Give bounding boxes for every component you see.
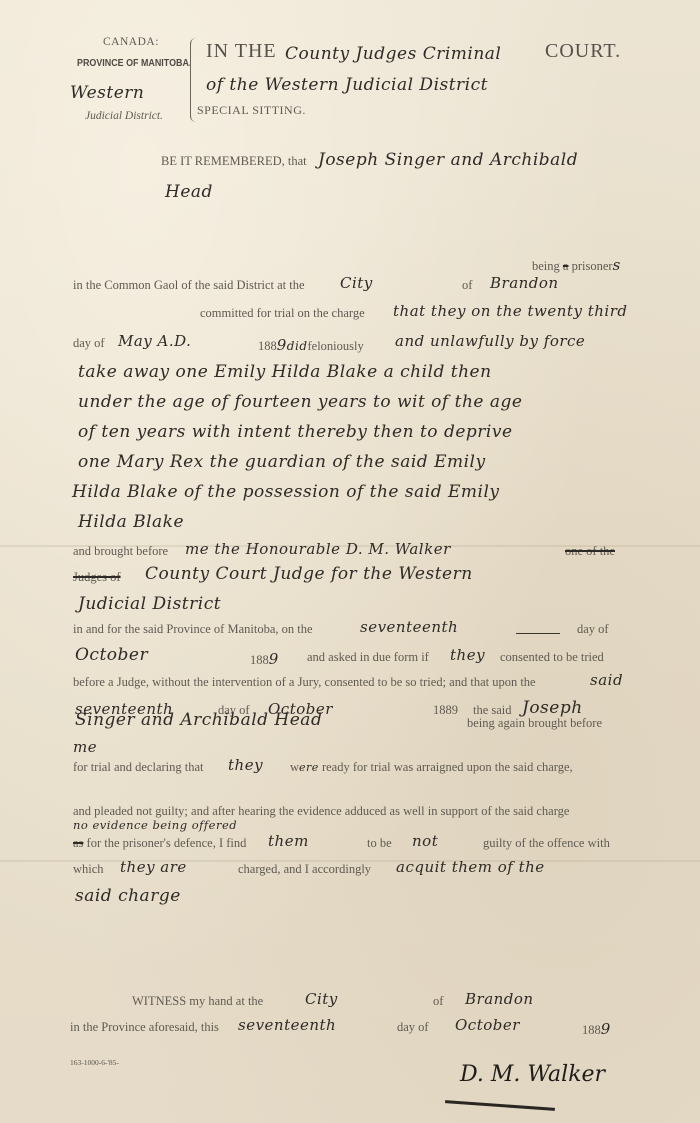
which-label: which [73,862,104,877]
find-pronoun: them [268,832,309,850]
witness-place-type: City [305,990,338,1008]
charge-line-5: of ten years with intent thereby then to… [78,422,513,442]
prisoners-names-cont: Head [165,182,213,202]
did-handwritten: did [287,339,308,353]
witness-of-label: of [433,994,443,1009]
consented-label: consented to be tried [500,650,604,665]
again-names-2: Singer and Archibald Head [75,710,322,730]
charge-line-7: Hilda Blake of the possession of the sai… [72,482,500,502]
witness-dayof-label: day of [397,1020,429,1035]
court-prefix: IN THE [206,40,277,63]
witness-year: 1889 [582,1020,611,1038]
dayof-label-2: day of [577,622,609,637]
year-prefix: 188 [582,1023,601,1037]
witness-label: WITNESS my hand at the [132,994,263,1009]
charge-line-2: and unlawfully by force [395,332,585,350]
charge-line-6: one Mary Rex the guardian of the said Em… [78,452,486,472]
form-number: 163-1000-6-'85- [70,1058,119,1067]
witness-month: October [455,1016,520,1034]
charge-line-3: take away one Emily Hilda Blake a child … [78,362,492,382]
was-prefix: w [290,760,299,774]
jury-label: before a Judge, without the intervention… [73,675,536,690]
defence-label: for the prisoner's defence, I find [87,836,247,850]
being-label: being [532,259,560,273]
insert-text: no evidence being offered [73,818,237,832]
year-digit: 9 [277,336,287,354]
charge-line-4: under the age of fourteen years to wit o… [78,392,522,412]
year-digit: 9 [601,1020,611,1038]
pleaded-label: and pleaded not guilty; and after hearin… [73,804,569,819]
struck-judges-of: Judges of [73,570,121,585]
header-country: CANADA: [103,36,159,48]
gaol-label: in the Common Gaol of the said District … [73,278,305,293]
declaring-pronoun: they [228,756,263,774]
guilty-label: guilty of the offence with [483,836,610,851]
gaol-city: Brandon [490,274,559,292]
committed-label: committed for trial on the charge [200,306,365,321]
header-brace [190,38,197,122]
date-year: 1889 [250,650,279,668]
upon-year: 1889 [433,703,458,718]
again-names-1: Joseph [522,698,583,718]
acquit-line-1: acquit them of the [396,858,545,876]
charge-line-1: that they on the twenty third [393,302,627,320]
header-district-handwritten: Western [70,83,144,103]
dash-mark [516,624,560,642]
asked-pronoun: they [450,646,485,664]
declaring-rest-line: were ready for trial was arraigned upon … [290,760,573,775]
header-province: PROVINCE OF MANITOBA. [77,57,191,69]
witness-day: seventeenth [238,1016,336,1034]
plural-suffix: s [613,256,621,274]
struck-article: a [563,259,569,273]
judge-name: me the Honourable D. M. Walker [185,540,451,558]
court-type-handwritten: County Judges Criminal [285,44,501,64]
special-sitting: SPECIAL SITTING. [197,103,306,118]
dayof-label: day of [73,336,105,351]
being-line: being a prisoners [532,256,621,274]
verdict: not [412,832,438,850]
again-label: being again brought before [467,716,602,731]
judge-title-line-1: County Court Judge for the Western [145,564,473,584]
which-pronoun: they are [120,858,187,876]
declaring-label: for trial and declaring that [73,760,204,775]
asked-label: and asked in due form if [307,650,429,665]
jury-said: said [590,671,623,689]
judge-title-line-2: Judicial District [78,594,221,614]
tobe-label: to be [367,836,392,851]
year-printed: 188 [258,339,277,353]
court-suffix: COURT. [545,40,621,63]
defence-line: as for the prisoner's defence, I find [73,836,246,851]
court-district-handwritten: of the Western Judicial District [206,75,488,95]
acquit-line-2: said charge [75,886,181,906]
year-digit: 9 [269,650,279,668]
charge-line-8: Hilda Blake [78,512,184,532]
declaring-rest: ready for trial was arraigned upon the s… [322,760,573,774]
struck-one-of-the: one of the [565,544,615,559]
witness-city: Brandon [465,990,534,1008]
struck-as: as [73,836,83,850]
date-day: seventeenth [360,618,458,636]
charge-month: May A.D. [118,332,191,350]
year-prefix: 188 [250,653,269,667]
charge-year-line: 1889didfeloniously [258,336,364,354]
charged-label: charged, and I accordingly [238,862,371,877]
of-label: of [462,278,472,293]
gaol-place-type: City [340,274,373,292]
again-me: me [73,738,97,756]
witness-province-label: in the Province aforesaid, this [70,1020,219,1035]
was-correction: ere [299,761,319,774]
prisoner-label: prisoner [572,259,613,273]
province-label: in and for the said Province of Manitoba… [73,622,313,637]
feloniously-label: feloniously [308,339,364,353]
date-month: October [75,645,148,665]
remembered-label: BE IT REMEMBERED, that [161,154,307,169]
prisoners-names: Joseph Singer and Archibald [318,150,578,170]
header-district-label: Judicial District. [85,110,163,122]
signature-flourish [445,1100,555,1111]
brought-label: and brought before [73,544,168,559]
judge-signature: D. M. Walker [460,1062,605,1087]
